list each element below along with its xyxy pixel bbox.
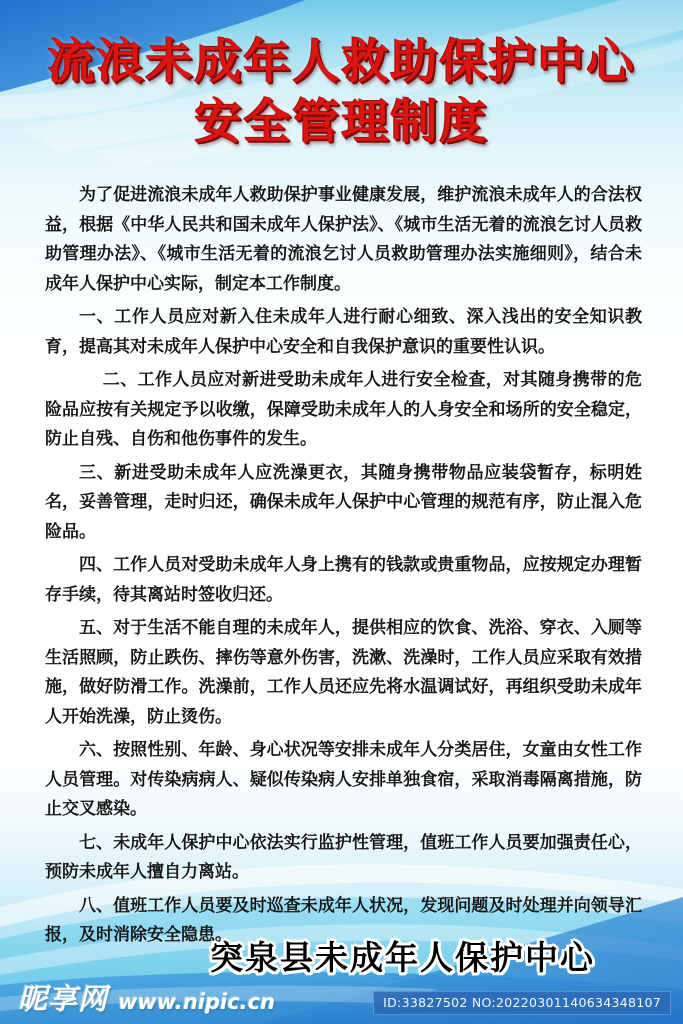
poster-title: 流浪未成年人救助保护中心 安全管理制度 — [0, 33, 683, 153]
site-logo-url: www.nipic.cn — [118, 990, 275, 1014]
rule-paragraph-5: 五、对于生活不能自理的未成年人，提供相应的饮食、洗浴、穿衣、入厕等生活照顾，防止… — [45, 614, 642, 732]
poster-title-line1: 流浪未成年人救助保护中心 — [0, 33, 683, 93]
watermark-bar: 昵享网 www.nipic.cn ID:33827502 NO:20220301… — [0, 982, 683, 1024]
rule-paragraph-1: 一、工作人员应对新入住未成年人进行耐心细致、深入浅出的安全知识教育，提高其对未成… — [45, 303, 642, 362]
site-logo-name: 昵享网 — [18, 977, 108, 1018]
intro-paragraph: 为了促进流浪未成年人救助保护事业健康发展，维护流浪未成年人的合法权益，根据《中华… — [45, 181, 642, 299]
image-id-badge: ID:33827502 NO:20220301140634348107 — [373, 991, 671, 1015]
rule-paragraph-3: 三、新进受助未成年人应洗澡更衣，其随身携带物品应装袋暂存，标明姓名，妥善管理，走… — [45, 459, 642, 548]
issuer-signature: 突泉县未成年人保护中心 — [0, 932, 595, 979]
rules-body: 为了促进流浪未成年人救助保护事业健康发展，维护流浪未成年人的合法权益，根据《中华… — [45, 181, 642, 955]
poster-title-line2: 安全管理制度 — [0, 93, 683, 153]
rule-paragraph-6: 六、按照性别、年龄、身心状况等安排未成年人分类居住，女童由女性工作人员管理。对传… — [45, 736, 642, 825]
site-logo: 昵享网 www.nipic.cn — [18, 977, 275, 1018]
rule-paragraph-4: 四、工作人员对受助未成年人身上携有的钱款或贵重物品，应按规定办理暂存手续，待其离… — [45, 551, 642, 610]
rule-paragraph-2: 二、工作人员应对新进受助未成年人进行安全检查，对其随身携带的危险品应按有关规定予… — [45, 366, 642, 455]
rule-paragraph-7: 七、未成年人保护中心依法实行监护性管理，值班工作人员要加强责任心，预防未成年人擅… — [45, 829, 642, 888]
poster: 流浪未成年人救助保护中心 安全管理制度 为了促进流浪未成年人救助保护事业健康发展… — [0, 0, 683, 1024]
